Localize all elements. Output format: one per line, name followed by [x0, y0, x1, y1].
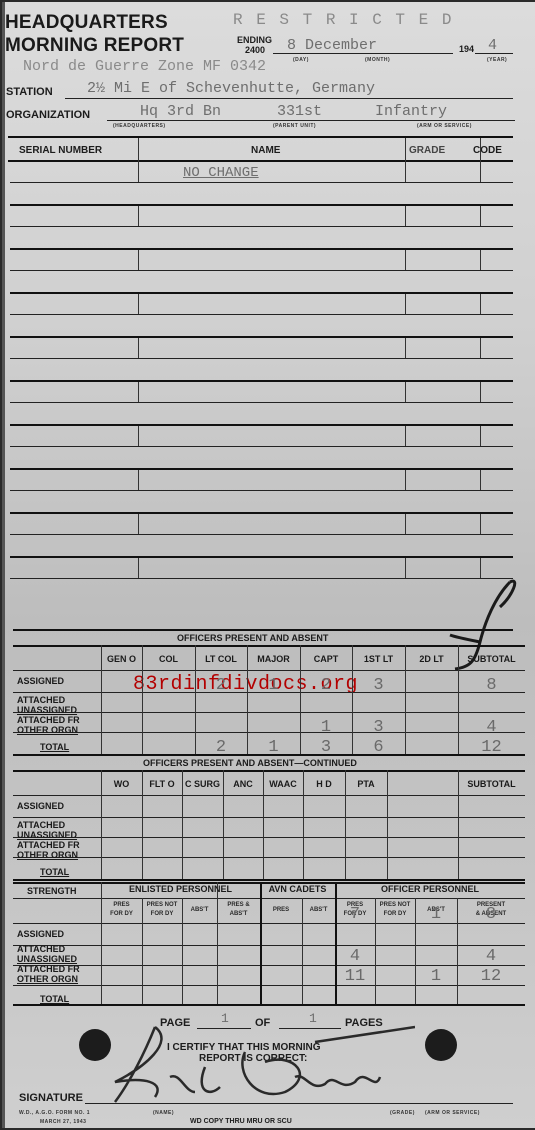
- station-label: STATION: [6, 86, 53, 98]
- cell-value-attached_fr: 4: [458, 718, 525, 737]
- name-header: NAME: [251, 145, 280, 156]
- form-date: MARCH 27, 1943: [40, 1119, 86, 1125]
- column-header-gen-o: GEN O: [101, 654, 142, 664]
- column-header-c-surg: C SURG: [182, 779, 223, 789]
- morning-report-form: HEADQUARTERS MORNING REPORT R E S T R I …: [2, 2, 535, 1128]
- row-label-attached: ATTACHED: [17, 820, 65, 830]
- form-title-line2: MORNING REPORT: [5, 35, 184, 56]
- column-header-capt: CAPT: [300, 654, 352, 664]
- signature-handwriting-icon: [85, 1022, 415, 1107]
- cell-value-total: 12: [458, 738, 525, 757]
- column-header-h-d: H D: [303, 779, 345, 789]
- org-parent-unit: 331st: [277, 103, 322, 120]
- cell-value-total: 3: [300, 738, 352, 757]
- column-header-anc: ANC: [223, 779, 263, 789]
- grade-caption: (GRADE): [390, 1110, 415, 1116]
- column-header-major: MAJOR: [247, 654, 300, 664]
- strength-col-5-line1: ABS'T: [302, 906, 335, 914]
- month-caption: (MONTH): [365, 57, 390, 63]
- row-label-assigned: ASSIGNED: [17, 929, 64, 939]
- cell-value-attached_fr: 3: [352, 718, 405, 737]
- row-label-unassigned: UNASSIGNED: [17, 830, 77, 840]
- row-label-unassigned: UNASSIGNED: [17, 705, 77, 715]
- cell-value-assigned: 1: [247, 676, 300, 695]
- parent-caption: (PARENT UNIT): [273, 123, 316, 129]
- strength-col-7-line1: PRES NOT: [375, 901, 415, 909]
- column-header-lt-col: LT COL: [195, 654, 247, 664]
- column-header-1st-lt: 1ST LT: [352, 654, 405, 664]
- group-officer-personnel: OFFICER PERSONNEL: [335, 884, 525, 894]
- column-header-col: COL: [142, 654, 195, 664]
- group-enlisted-personnel: ENLISTED PERSONNEL: [101, 884, 260, 894]
- cell-value-assigned: 2: [300, 676, 352, 695]
- group-avn-cadets: AVN CADETS: [260, 884, 335, 894]
- org-headquarters: Hq 3rd Bn: [140, 103, 221, 120]
- strength-col-2-line1: ABS'T: [182, 906, 217, 914]
- binder-hole-right: [425, 1029, 457, 1061]
- strength-value-assigned: 1: [415, 905, 457, 924]
- strength-value-assigned: 8: [457, 905, 525, 924]
- cell-value-assigned: 8: [458, 676, 525, 695]
- year-caption: (YEAR): [487, 57, 507, 63]
- cell-value-assigned: 3: [352, 676, 405, 695]
- name-caption: (NAME): [153, 1110, 174, 1116]
- day-caption: (DAY): [293, 57, 309, 63]
- row-label-attached: ATTACHED: [17, 944, 65, 954]
- grade-header: GRADE: [409, 145, 445, 156]
- strength-value-total: 1: [415, 967, 457, 986]
- row-label-assigned: ASSIGNED: [17, 676, 64, 686]
- year-prefix: 194: [459, 44, 474, 54]
- strength-col-1-line1: PRES NOT: [142, 901, 182, 909]
- cell-value-assigned: 2: [195, 676, 247, 695]
- row-label-other-orgn: OTHER ORGN: [17, 725, 78, 735]
- location-note: Nord de Guerre Zone MF 0342: [23, 58, 266, 75]
- column-header-subtotal: SUBTOTAL: [458, 654, 525, 664]
- form-title-line1: HEADQUARTERS: [5, 12, 168, 33]
- strength-value-total: 12: [457, 967, 525, 986]
- column-header-wo: WO: [101, 779, 142, 789]
- org-arm-service: Infantry: [375, 103, 447, 120]
- strength-value-assigned: 7: [335, 905, 375, 924]
- strength-value-attached_fr: 4: [457, 947, 525, 966]
- time-label: 2400: [245, 45, 265, 55]
- ending-label: ENDING: [237, 35, 272, 45]
- row-label-attached-fr: ATTACHED FR: [17, 715, 80, 725]
- row-label-attached: ATTACHED: [17, 695, 65, 705]
- row-label-total: TOTAL: [40, 742, 69, 752]
- strength-col-0-line1: PRES: [101, 901, 142, 909]
- cell-value-total: 6: [352, 738, 405, 757]
- serial-number-header: SERIAL NUMBER: [19, 145, 102, 156]
- cell-value-total: 1: [247, 738, 300, 757]
- row-label-assigned: ASSIGNED: [17, 801, 64, 811]
- organization-label: ORGANIZATION: [6, 109, 90, 121]
- strength-col-1-line2: FOR DY: [142, 910, 182, 918]
- officers-continued-title: OFFICERS PRESENT AND ABSENT—CONTINUED: [143, 758, 357, 768]
- report-date: 8 December: [287, 37, 377, 54]
- form-number: W.D., A.G.O. FORM NO. 1: [19, 1110, 90, 1116]
- column-header-flt-o: FLT O: [142, 779, 182, 789]
- row-label-attached-fr: ATTACHED FR: [17, 840, 80, 850]
- arm-service-caption: (ARM OR SERVICE): [425, 1110, 480, 1116]
- row-label-total: TOTAL: [40, 867, 69, 877]
- column-header-2d-lt: 2D LT: [405, 654, 458, 664]
- restricted-stamp: R E S T R I C T E D: [233, 11, 453, 29]
- row-label-unassigned: UNASSIGNED: [17, 954, 77, 964]
- row-label-other-orgn: OTHER ORGN: [17, 850, 78, 860]
- strength-col-3-line2: ABS'T: [217, 910, 260, 918]
- column-header-pta: PTA: [345, 779, 387, 789]
- officers-table-title: OFFICERS PRESENT AND ABSENT: [177, 633, 328, 643]
- roster-entry: NO CHANGE: [183, 165, 259, 181]
- hq-caption: (HEADQUARTERS): [113, 123, 166, 129]
- row-label-other-orgn: OTHER ORGN: [17, 974, 78, 984]
- strength-value-attached_fr: 4: [335, 947, 375, 966]
- strength-value-total: 11: [335, 967, 375, 986]
- station-value: 2½ Mi E of Schevenhutte, Germany: [87, 80, 375, 97]
- code-header: CODE: [473, 145, 502, 156]
- strength-col-4-line1: PRES: [260, 906, 302, 914]
- strength-col-0-line2: FOR DY: [101, 910, 142, 918]
- strength-col-7-line2: FOR DY: [375, 910, 415, 918]
- strength-label: STRENGTH: [27, 886, 77, 896]
- signature-label: SIGNATURE: [19, 1092, 83, 1104]
- arm-caption: (ARM OR SERVICE): [417, 123, 472, 129]
- column-header-subtotal: SUBTOTAL: [458, 779, 525, 789]
- column-header-waac: WAAC: [263, 779, 303, 789]
- row-label-attached-fr: ATTACHED FR: [17, 964, 80, 974]
- copy-note: WD COPY THRU MRU OR SCU: [190, 1118, 292, 1125]
- cell-value-attached_fr: 1: [300, 718, 352, 737]
- row-label-total: TOTAL: [40, 994, 69, 1004]
- strength-col-3-line1: PRES &: [217, 901, 260, 909]
- cell-value-total: 2: [195, 738, 247, 757]
- year-digit: 4: [488, 37, 497, 54]
